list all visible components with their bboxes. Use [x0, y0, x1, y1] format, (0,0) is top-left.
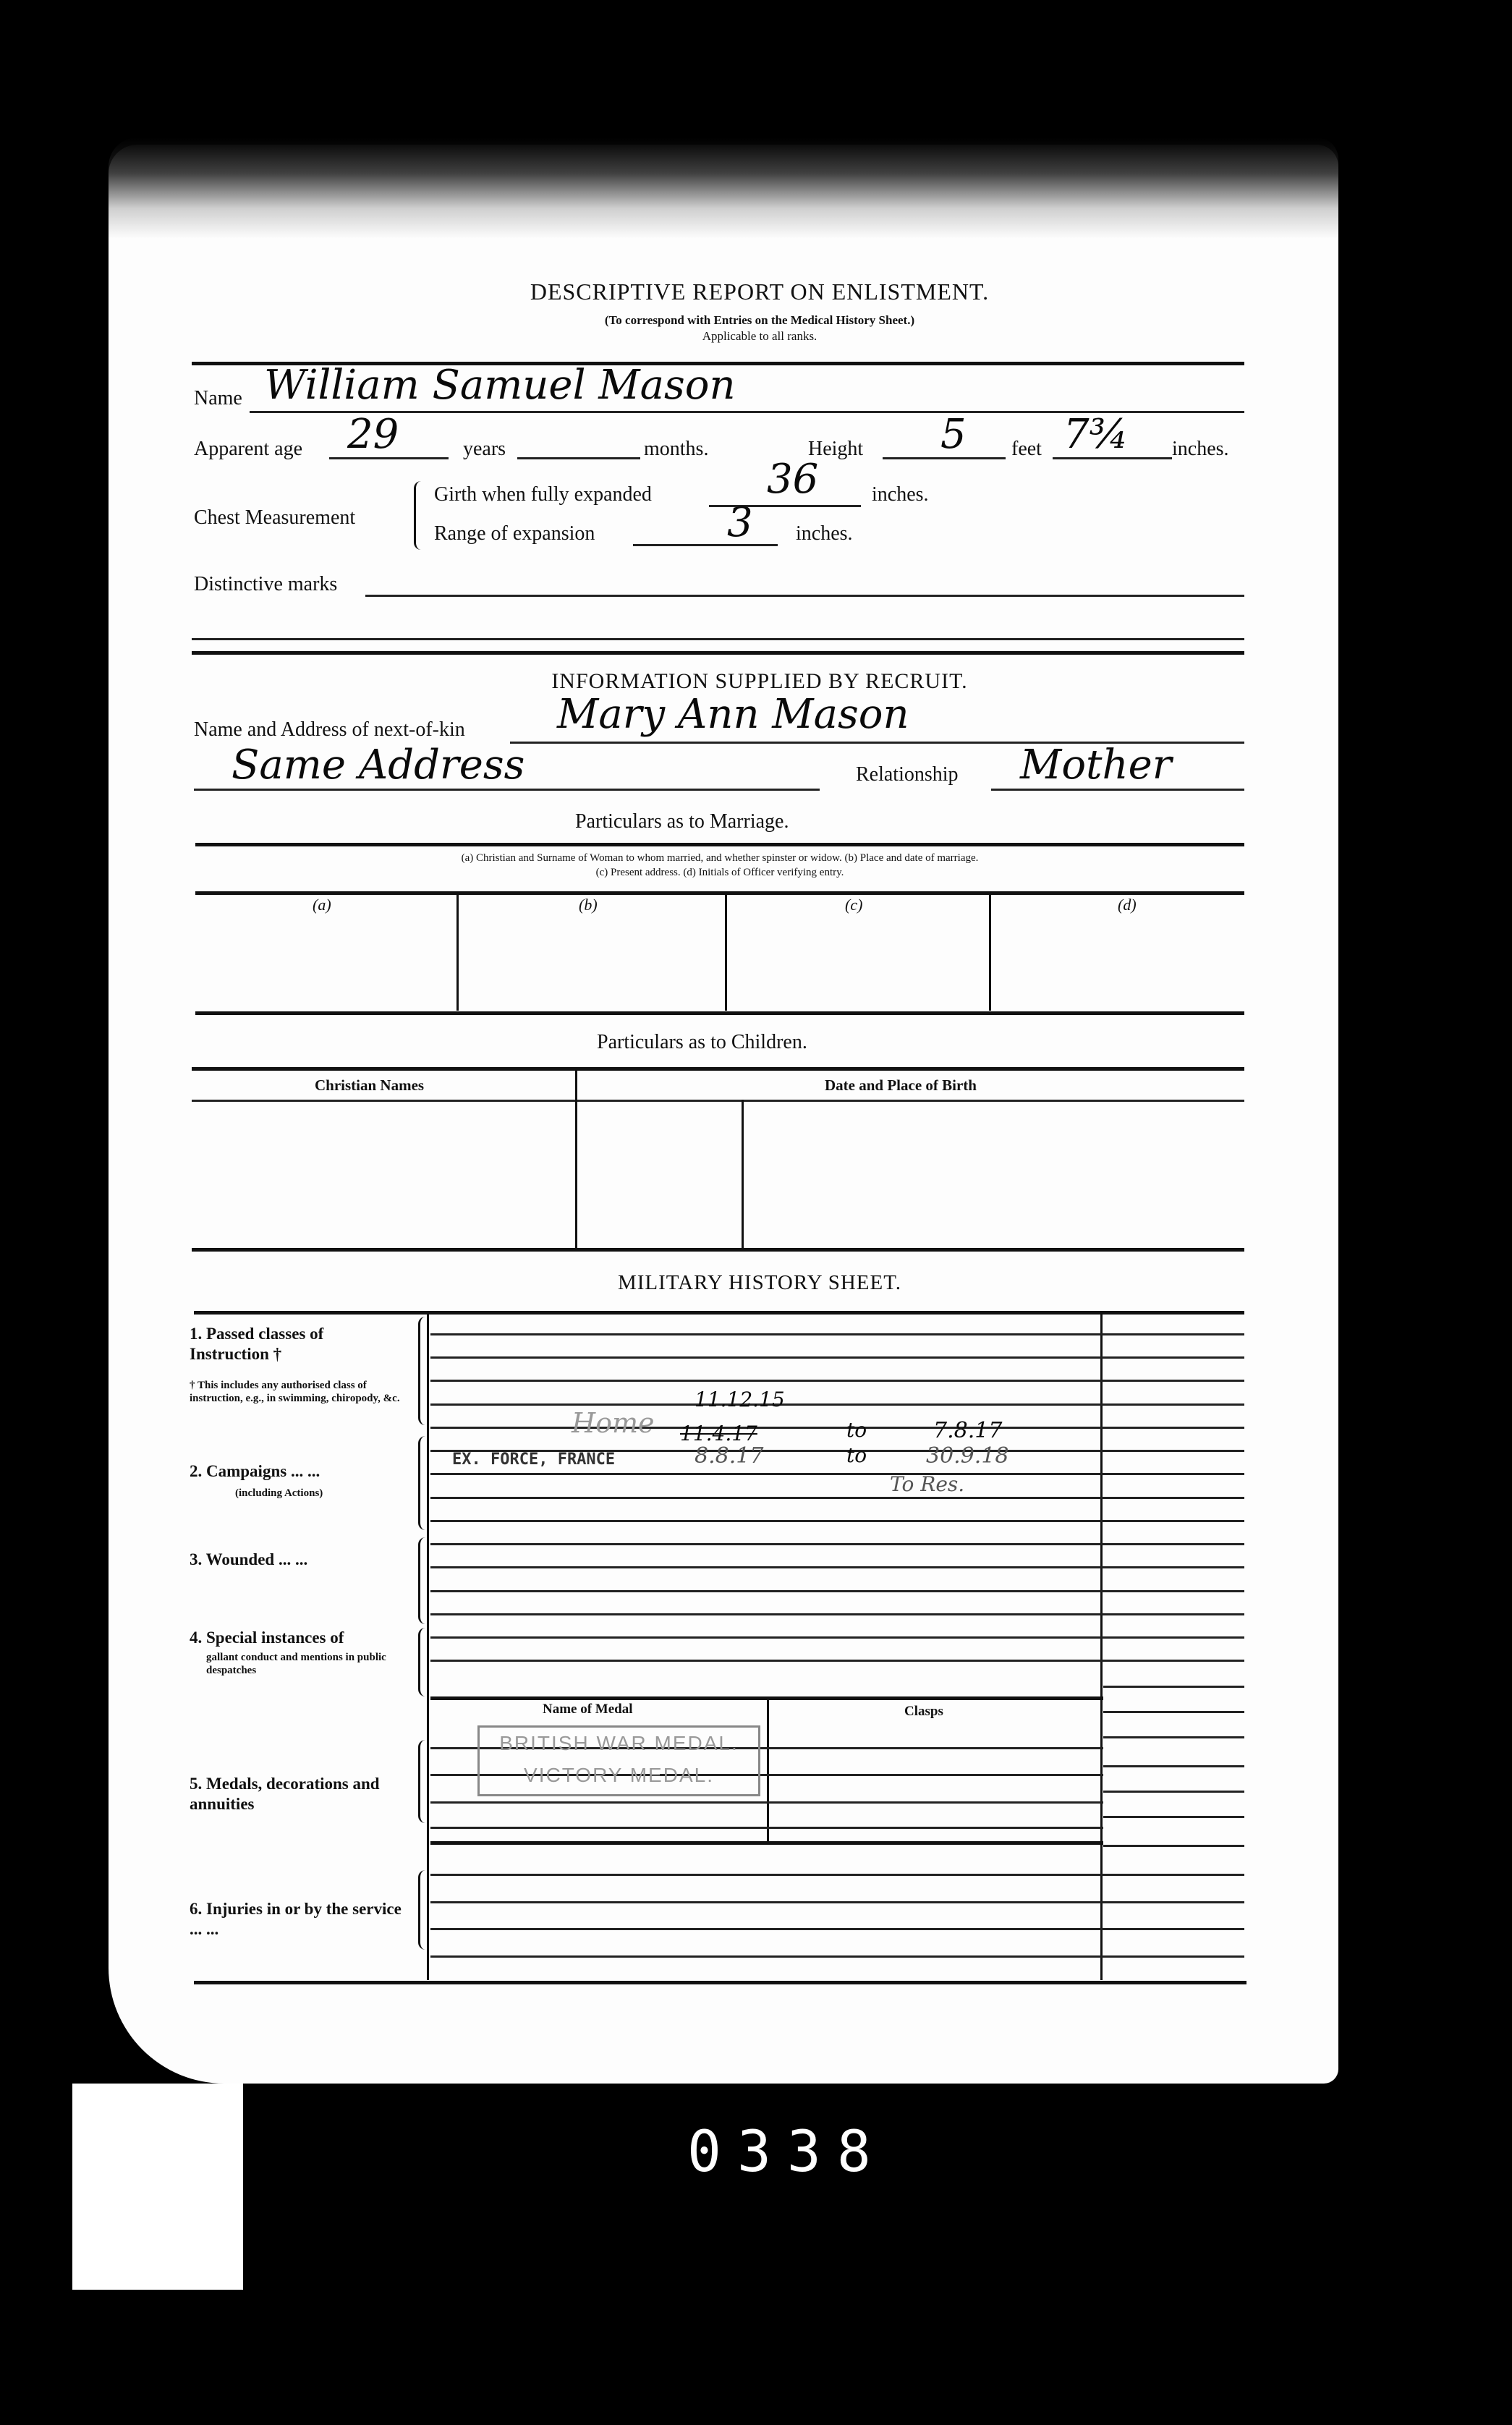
marriage-col-a: (a) — [313, 896, 331, 914]
home-to-date: 7.8.17 — [933, 1418, 1002, 1443]
relationship-line — [991, 789, 1244, 791]
ruled-line — [430, 1520, 1244, 1522]
ruled-line — [430, 1955, 1244, 1958]
section-1-note: † This includes any authorised class of … — [190, 1379, 407, 1405]
column-divider — [767, 1696, 769, 1841]
height-inches-value: 7¾ — [1063, 411, 1129, 458]
rule — [194, 1311, 1244, 1315]
range-unit: inches. — [796, 522, 853, 545]
name-value: William Samuel Mason — [264, 362, 736, 409]
medal-col-clasps: Clasps — [904, 1704, 943, 1720]
ruled-line — [430, 1874, 1244, 1876]
marriage-col-d: (d) — [1118, 896, 1137, 914]
range-line — [633, 544, 778, 546]
marks-label: Distinctive marks — [194, 573, 337, 596]
rule — [195, 1011, 1244, 1015]
ruled-line — [1103, 1816, 1244, 1818]
france-from-date: 8.8.17 — [695, 1443, 763, 1469]
age-label: Apparent age — [194, 438, 302, 461]
brace — [418, 1870, 428, 1950]
column-divider — [989, 891, 991, 1011]
rule — [194, 1981, 1246, 1984]
ruled-line — [430, 1827, 1103, 1829]
ruled-line — [430, 1380, 1244, 1382]
section-3-label: 3. Wounded ... ... — [190, 1550, 407, 1570]
white-card — [72, 2084, 243, 2290]
age-value: 29 — [347, 411, 399, 458]
ruled-line — [430, 1333, 1244, 1335]
age-line — [329, 457, 449, 459]
france-to-date: 30.9.18 — [926, 1443, 1009, 1469]
feet-label: feet — [1011, 438, 1042, 461]
section-5-label: 5. Medals, decorations and annuities — [190, 1774, 414, 1814]
rule — [192, 1067, 1244, 1071]
rule — [192, 1100, 1244, 1102]
children-col-birth: Date and Place of Birth — [825, 1076, 977, 1095]
section-2-note: (including Actions) — [235, 1487, 409, 1500]
ruled-line — [1103, 1736, 1244, 1738]
height-feet-value: 5 — [940, 411, 967, 458]
frame-number: 0338 — [687, 2120, 887, 2185]
info-heading: INFORMATION SUPPLIED BY RECRUIT. — [362, 669, 1158, 694]
range-label: Range of expansion — [434, 522, 595, 545]
medal-table-bottom — [430, 1841, 1103, 1845]
marks-line-2 — [192, 638, 1244, 640]
section-1-label: 1. Passed classes of Instruction † — [190, 1324, 407, 1364]
brace — [418, 1436, 428, 1530]
ruled-line — [430, 1636, 1244, 1639]
feet-line — [883, 457, 1006, 459]
column-divider — [725, 891, 727, 1011]
brace — [418, 1317, 428, 1425]
rule — [195, 891, 1244, 895]
ruled-line — [1103, 1845, 1244, 1847]
years-label: years — [463, 438, 506, 461]
range-value: 3 — [727, 499, 753, 546]
marriage-col-b: (b) — [579, 896, 598, 914]
inches-line — [1053, 457, 1172, 459]
inches-label: inches. — [1172, 438, 1229, 461]
military-heading: MILITARY HISTORY SHEET. — [362, 1271, 1158, 1295]
ruled-line — [1103, 1765, 1244, 1767]
ruled-line — [430, 1613, 1244, 1615]
ruled-line — [430, 1427, 1244, 1429]
name-label: Name — [194, 387, 242, 410]
section-2-label: 2. Campaigns ... ... — [190, 1461, 407, 1482]
home-from-struck: 11.4.17 — [680, 1422, 757, 1445]
ruled-line — [1103, 1711, 1244, 1713]
marriage-note-2: (c) Present address. (d) Initials of Off… — [195, 867, 1244, 879]
ruled-line — [430, 1497, 1244, 1499]
nok-label: Name and Address of next-of-kin — [194, 718, 465, 742]
girth-value: 36 — [767, 456, 818, 503]
ruled-line — [430, 1403, 1244, 1406]
column-divider — [575, 1067, 577, 1248]
months-label: months. — [644, 438, 708, 461]
brace — [418, 1537, 428, 1624]
to-label-1: to — [846, 1418, 867, 1442]
section-4-label: 4. Special instances of — [190, 1628, 407, 1648]
document-subtitle: (To correspond with Entries on the Medic… — [434, 313, 1085, 328]
ruled-line — [430, 1660, 1244, 1662]
ruled-line — [1103, 1791, 1244, 1793]
home-label: Home — [572, 1407, 655, 1439]
ruled-line — [430, 1473, 1244, 1475]
marriage-note-1: (a) Christian and Surname of Woman to wh… — [195, 852, 1244, 865]
medal-stamp: BRITISH WAR MEDAL. VICTORY MEDAL. — [477, 1725, 760, 1796]
document-subtitle-2: Applicable to all ranks. — [434, 329, 1085, 344]
relationship-label: Relationship — [856, 763, 959, 786]
nok-name: Mary Ann Mason — [557, 691, 909, 738]
document-title: DESCRIPTIVE REPORT ON ENLISTMENT. — [362, 279, 1158, 305]
children-heading: Particulars as to Children. — [597, 1031, 807, 1054]
rule — [195, 843, 1244, 846]
brace — [418, 1628, 428, 1696]
ruled-line — [1103, 1686, 1244, 1688]
brace — [418, 1740, 428, 1823]
ruled-line — [430, 1543, 1244, 1545]
relationship-value: Mother — [1020, 742, 1172, 789]
ruled-line — [430, 1901, 1244, 1903]
victory-medal: VICTORY MEDAL. — [480, 1759, 758, 1791]
rule — [192, 1248, 1244, 1252]
ex-force-france-stamp: EX. FORCE, FRANCE — [452, 1451, 615, 1469]
brace — [414, 481, 423, 550]
home-from-date: 11.12.15 — [695, 1388, 785, 1411]
to-label-2: to — [846, 1443, 867, 1467]
transfer-note: To Res. — [890, 1472, 964, 1496]
ruled-line — [430, 1928, 1244, 1930]
section-6-label: 6. Injuries in or by the service ... ... — [190, 1899, 414, 1940]
column-divider — [742, 1100, 744, 1248]
address-line — [194, 789, 820, 791]
chest-label: Chest Measurement — [194, 506, 355, 530]
column-divider — [1100, 1311, 1103, 1980]
rule — [192, 651, 1244, 655]
ruled-line — [430, 1801, 1103, 1804]
children-col-names: Christian Names — [315, 1076, 424, 1095]
ruled-line — [430, 1566, 1244, 1568]
marriage-heading: Particulars as to Marriage. — [575, 810, 789, 833]
medal-col-name: Name of Medal — [543, 1702, 633, 1717]
months-line — [517, 457, 640, 459]
girth-label: Girth when fully expanded — [434, 483, 652, 506]
british-war-medal: BRITISH WAR MEDAL. — [480, 1728, 758, 1759]
ruled-line — [430, 1356, 1244, 1359]
nok-address: Same Address — [232, 742, 524, 789]
section-4-note: gallant conduct and mentions in public d… — [206, 1651, 412, 1677]
ruled-line — [430, 1590, 1244, 1592]
girth-unit: inches. — [872, 483, 929, 506]
marriage-col-c: (c) — [845, 896, 862, 914]
column-divider — [456, 891, 459, 1011]
marks-line — [365, 595, 1244, 597]
